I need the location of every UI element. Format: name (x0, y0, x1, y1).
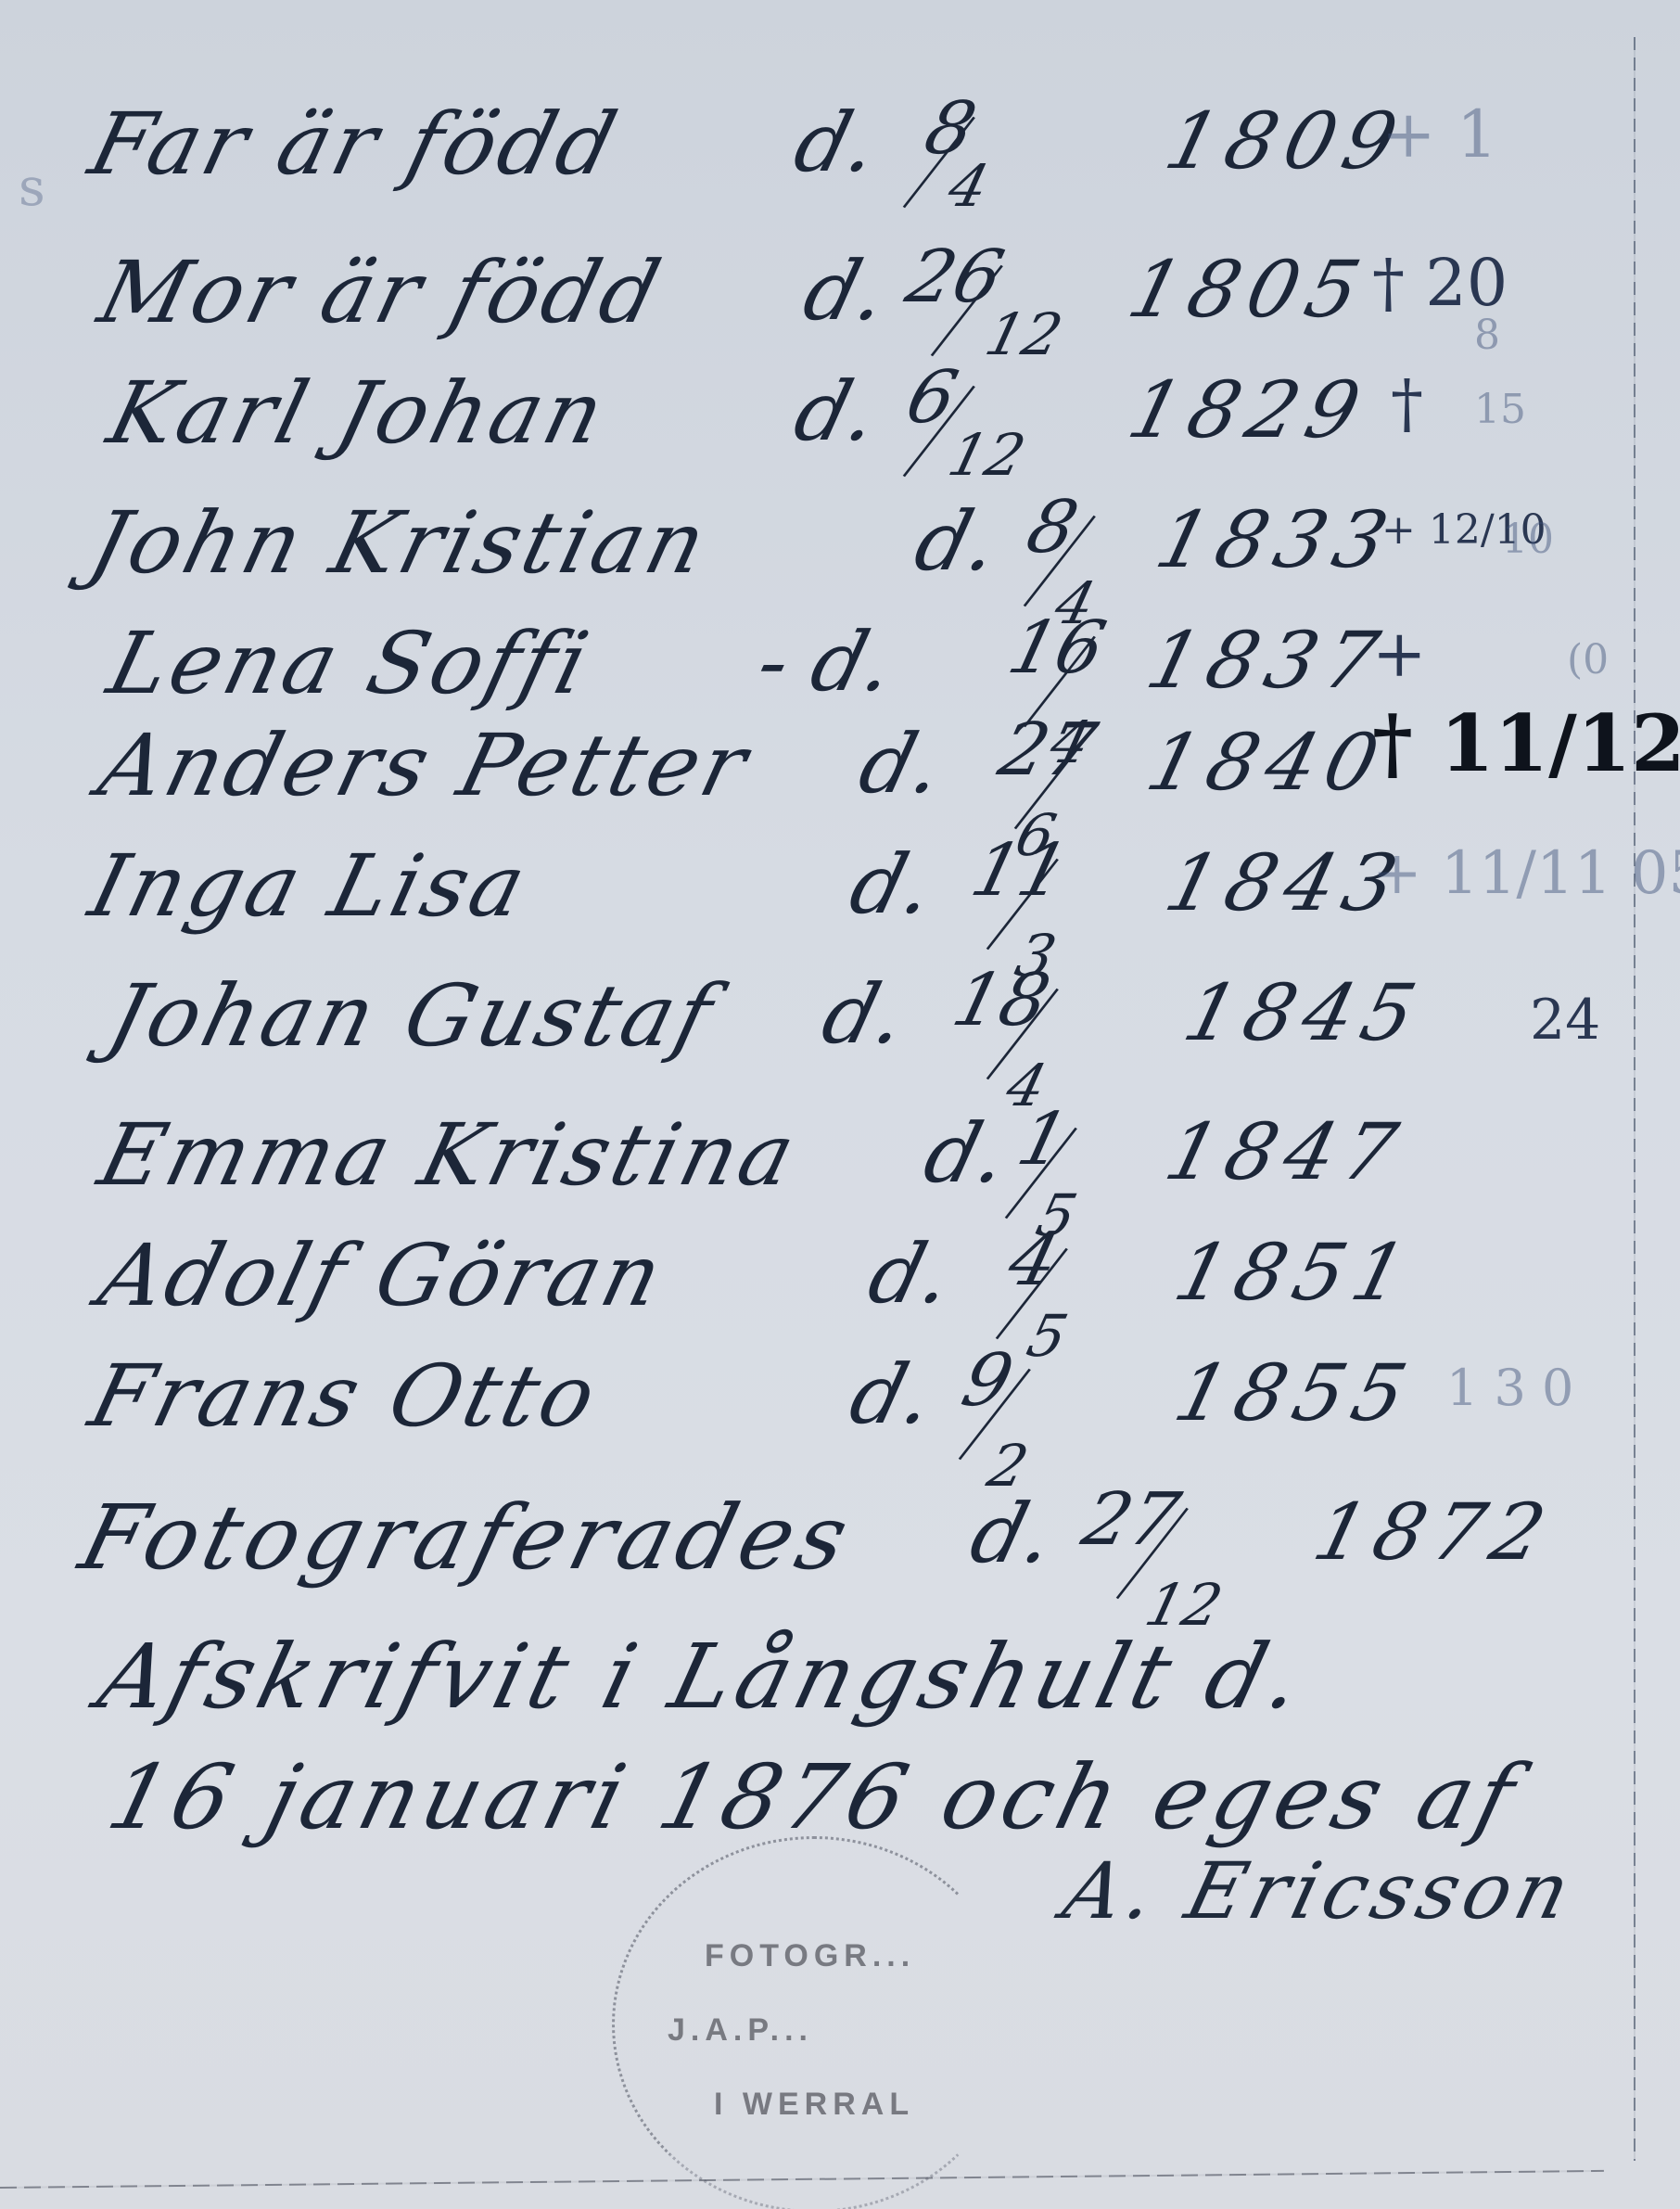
entry-name: Karl Johan (101, 371, 616, 456)
entry-name: Inga Lisa (83, 844, 537, 929)
entry-death-note: † 20 (1372, 250, 1508, 315)
record-entry: Karl Johan d. 6 12 1829 † 15 (0, 334, 1680, 482)
record-entry: Far är född d. 8 4 1809 + 1 (0, 56, 1680, 204)
photographed-year: 1872 (1307, 1493, 1562, 1571)
record-entry: Frans Otto d. 9 2 1855 1 3 0 (0, 1317, 1680, 1465)
entry-death-note: + 11/11 05 (1372, 844, 1680, 903)
entry-d: d. (796, 250, 895, 332)
entry-year: 1845 (1177, 974, 1432, 1052)
closing-line-2: 16 januari 1876 och eges af (100, 1753, 1528, 1842)
entry-d: d. (917, 1113, 1015, 1194)
entry-name: John Kristian (83, 501, 718, 586)
photographed-label: Fotograferades (72, 1493, 861, 1582)
entry-d: d. (787, 371, 885, 453)
photographed-d: d. (963, 1493, 1062, 1575)
entry-death-note: 24 (1530, 992, 1600, 1048)
entry-d: d. (843, 844, 941, 926)
closing-line-1: Afskrifvit i Långshult d. (91, 1632, 1316, 1721)
entry-d: d. (843, 1354, 941, 1436)
stamp-line-3: I WERRAL (714, 2087, 914, 2123)
entry-death-note: † (1391, 371, 1423, 436)
margin-note: (0 (1567, 640, 1609, 681)
entry-year: 1851 (1168, 1233, 1423, 1311)
entry-death-note: † 11/12 85 (1372, 705, 1680, 783)
entry-year: 1847 (1159, 1113, 1414, 1191)
stamp-line-2: J.A.P... (668, 2012, 813, 2049)
entry-name: Anders Petter (92, 723, 758, 809)
entry-year: 1809 (1159, 102, 1414, 180)
entry-death-note: 1 3 0 (1446, 1363, 1573, 1413)
entry-d: d. (787, 102, 885, 184)
entry-d: d. (852, 723, 950, 805)
entry-year: 1805 (1122, 250, 1377, 328)
entry-name: Johan Gustaf (101, 974, 724, 1059)
margin-note: 15 (1474, 389, 1526, 430)
entry-d: d. (815, 974, 913, 1055)
entry-year: 1855 (1168, 1354, 1423, 1432)
signature: A. Ericsson (1055, 1845, 1585, 1936)
entry-death-note: + (1372, 621, 1427, 686)
entry-death-note: + 1 (1381, 102, 1497, 167)
entry-name: Mor är född (92, 250, 671, 336)
entry-year: 1829 (1122, 371, 1377, 449)
entry-name: Frans Otto (83, 1354, 607, 1439)
photographed-line: Fotograferades d. 27 12 1872 (0, 1456, 1680, 1604)
entry-name: Emma Kristina (92, 1113, 807, 1198)
record-entry: Johan Gustaf d. 18 4 1845 24 (0, 937, 1680, 1085)
entry-d: d. (908, 501, 1006, 582)
record-entry: Inga Lisa d. 11 3 1843 + 11/11 05 (0, 807, 1680, 955)
margin-note: 10 (1502, 519, 1554, 560)
entry-d: d. (861, 1233, 960, 1315)
stamp-line-1: FOTOGR... (705, 1938, 915, 1974)
entry-name: Far är född (83, 102, 628, 187)
entry-year: 1833 (1150, 501, 1405, 579)
entry-name: Adolf Göran (92, 1233, 673, 1319)
entry-year: 1840 (1140, 723, 1395, 801)
